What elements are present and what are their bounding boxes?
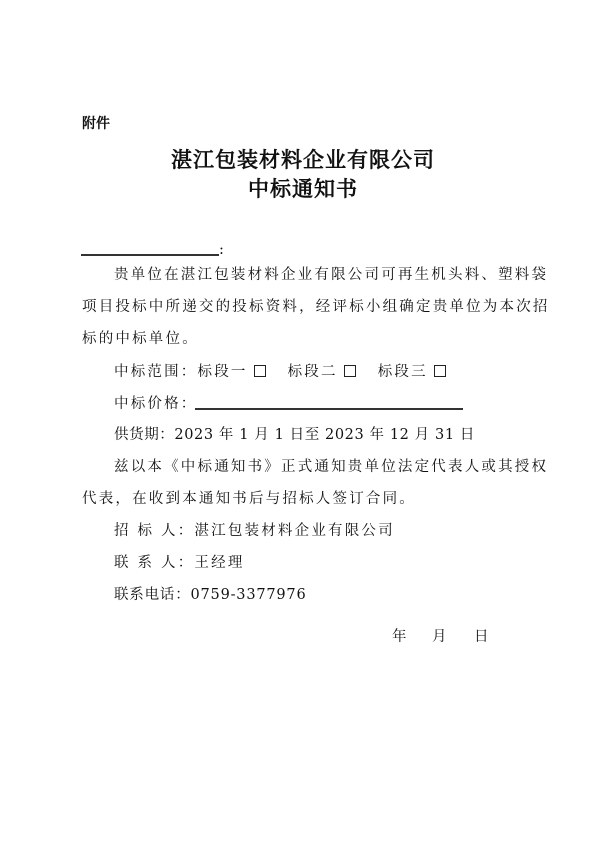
document-title-company: 湛江包装材料企业有限公司 [0,144,606,174]
scope-option-3[interactable]: 标段三 [378,362,446,382]
price-label: 中标价格： [114,394,198,414]
price-blank[interactable] [195,408,463,410]
contact-person: 联 系 人：王经理 [114,553,245,573]
document-title-notice: 中标通知书 [0,173,606,203]
paragraph-2-line-2: 代表，在收到本通知书后与招标人签订合同。 [82,489,416,509]
checkbox-icon[interactable] [344,365,356,377]
tenderer: 招 标 人：湛江包装材料企业有限公司 [114,521,395,541]
paragraph-2-line-1: 兹以本《中标通知书》正式通知贵单位法定代表人或其授权 [114,457,548,477]
scope-label: 中标范围： [114,364,198,380]
paragraph-1-line-3: 标的中标单位。 [82,329,199,349]
paragraph-1-line-1: 贵单位在湛江包装材料企业有限公司可再生机头料、塑料袋 [114,265,548,285]
scope-option-1-label: 标段一 [198,364,248,380]
checkbox-icon[interactable] [434,365,446,377]
date-day: 日 [474,627,491,647]
scope-option-2-label: 标段二 [288,364,338,380]
addressee-blank[interactable] [81,254,219,256]
checkbox-icon[interactable] [254,365,266,377]
scope-option-1[interactable]: 标段一 [198,362,266,382]
contact-phone: 联系电话：0759-3377976 [114,585,306,605]
scope-option-3-label: 标段三 [378,364,428,380]
scope-row: 中标范围：标段一标段二标段三 [114,362,446,382]
attachment-label: 附件 [82,113,110,133]
date-year: 年 [392,627,409,647]
paragraph-1-line-2: 项目投标中所递交的投标资料，经评标小组确定贵单位为本次招 [82,297,550,317]
date-month: 月 [432,627,449,647]
supply-period: 供货期：2023 年 1 月 1 日至 2023 年 12 月 31 日 [114,425,475,445]
scope-option-2[interactable]: 标段二 [288,362,356,382]
addressee-colon: : [219,240,226,260]
